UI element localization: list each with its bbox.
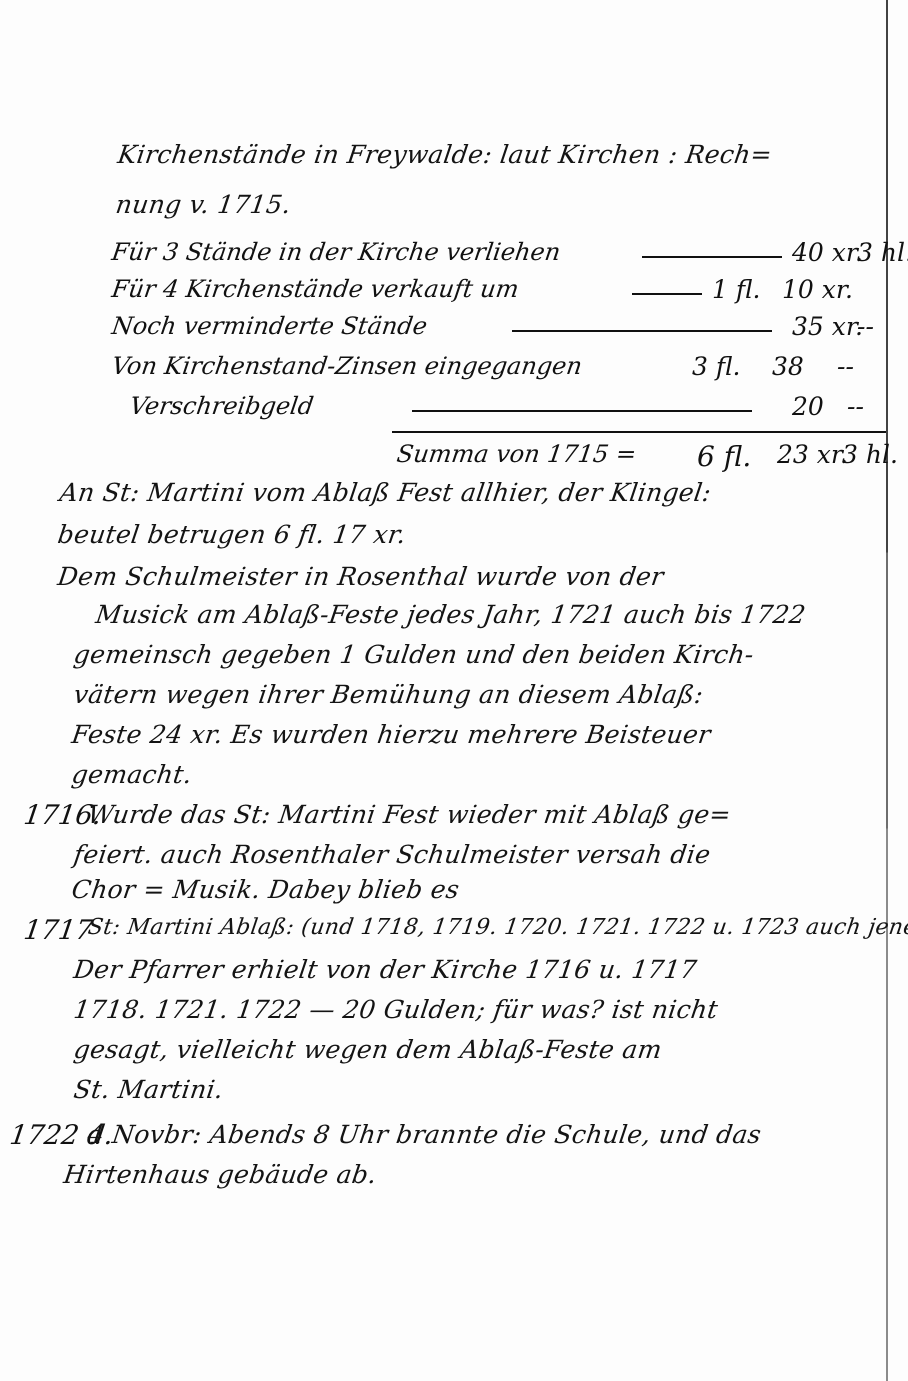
ledger-hl: --	[837, 352, 854, 381]
total-kr: 23 xr.	[777, 440, 848, 469]
paragraph-line: Dem Schulmeister in Rosenthal wurde von …	[56, 562, 666, 591]
ledger-kr: 40 xr.	[792, 238, 863, 267]
total-hl: 3 hl.	[842, 440, 898, 469]
ledger-total-row: Summa von 1715 = 6 fl. 23 xr. 3 hl.	[112, 440, 882, 474]
paragraph-line: vätern wegen ihrer Bemühung an diesem Ab…	[72, 680, 705, 709]
ledger-row: Verschreibgeld 20 --	[112, 392, 882, 426]
paragraph-line: beutel betrugen 6 fl. 17 xr.	[56, 520, 408, 549]
paragraph-line: St. Martini.	[72, 1075, 225, 1104]
paragraph-line: gesagt, vielleicht wegen dem Ablaß-Feste…	[72, 1035, 664, 1064]
ledger-desc: Noch verminderte Stände	[110, 312, 429, 340]
ledger-kr: 38	[772, 352, 804, 381]
total-fl: 6 fl.	[697, 440, 751, 473]
paragraph-line: gemacht.	[70, 760, 194, 789]
ledger-kr: 10 xr.	[782, 275, 853, 304]
ledger-desc: Für 4 Kirchenstände verkauft um	[110, 275, 521, 303]
ledger-row: Für 3 Stände in der Kirche verliehen 40 …	[112, 238, 882, 272]
heading-line-2: nung v. 1715.	[114, 190, 293, 219]
ledger-kr: 20	[792, 392, 824, 421]
ledger-dash	[632, 293, 702, 295]
paragraph-line: Musick am Ablaß-Feste jedes Jahr, 1721 a…	[94, 600, 808, 629]
ledger-dash	[512, 330, 772, 332]
right-margin-rule	[886, 0, 888, 1381]
ledger-dash	[412, 410, 752, 412]
paragraph-line: St: Martini Ablaß: (und 1718, 1719. 1720…	[86, 915, 908, 940]
paragraph-line: 1718. 1721. 1722 — 20 Gulden; für was? i…	[72, 995, 720, 1024]
ledger-hl: --	[857, 312, 874, 341]
ledger-fl: 3 fl.	[692, 352, 740, 381]
total-label: Summa von 1715 =	[395, 440, 638, 468]
paragraph-line: An St: Martini vom Ablaß Fest allhier, d…	[58, 478, 713, 507]
paragraph-line: Hirtenhaus gebäude ab.	[62, 1160, 379, 1189]
paragraph-line: Feste 24 xr. Es wurden hierzu mehrere Be…	[70, 720, 713, 749]
paragraph-line: Chor = Musik. Dabey blieb es	[70, 875, 461, 904]
ledger-row: Von Kirchenstand-Zinsen eingegangen 3 fl…	[112, 352, 882, 386]
manuscript-page: Kirchenstände in Freywalde: laut Kirchen…	[0, 0, 908, 1381]
paragraph-line: Der Pfarrer erhielt von der Kirche 1716 …	[72, 955, 699, 984]
paragraph-line: gemeinsch gegeben 1 Gulden und den beide…	[72, 640, 756, 669]
ledger-kr: 35 xr.	[792, 312, 863, 341]
paragraph-line: Wurde das St: Martini Fest wieder mit Ab…	[86, 800, 733, 829]
paragraph-line: 4 Novbr: Abends 8 Uhr brannte die Schule…	[86, 1120, 763, 1149]
ledger-row: Noch verminderte Stände 35 xr. --	[112, 312, 882, 346]
ledger-row: Für 4 Kirchenstände verkauft um 1 fl. 10…	[112, 275, 882, 309]
ledger-dash	[642, 256, 782, 258]
ledger-desc: Von Kirchenstand-Zinsen eingegangen	[110, 352, 584, 380]
ledger-desc: Für 3 Stände in der Kirche verliehen	[110, 238, 562, 266]
ledger-desc: Verschreibgeld	[128, 392, 315, 420]
year-marker: 1717	[22, 915, 95, 946]
ledger-fl: 1 fl.	[712, 275, 760, 304]
ledger-hl: --	[847, 392, 864, 421]
heading-line-1: Kirchenstände in Freywalde: laut Kirchen…	[116, 140, 774, 169]
ledger-hl: 3 hl.	[857, 238, 908, 267]
total-rule	[392, 431, 886, 433]
paragraph-line: feiert. auch Rosenthaler Schulmeister ve…	[72, 840, 712, 869]
